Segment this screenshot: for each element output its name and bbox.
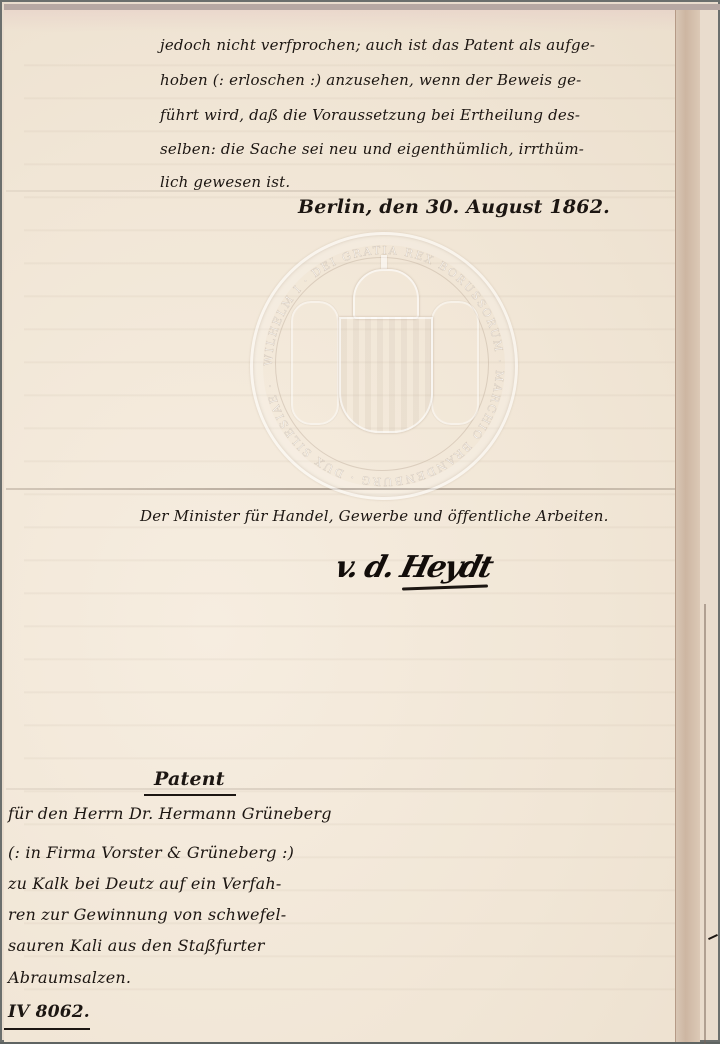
paper-edge-right (675, 4, 700, 1042)
body-text-line: hoben (: erloschen :) anzusehen, wenn de… (160, 71, 581, 89)
seal-shield-icon (339, 317, 433, 433)
body-text-line: selben: die Sache sei neu und eigenthüml… (160, 140, 584, 158)
paper-edge-top (4, 4, 720, 10)
seal-crown-cross (381, 255, 387, 269)
body-text-line: jedoch nicht verfprochen; auch ist das P… (160, 36, 595, 54)
margin-ink-mark (708, 934, 718, 940)
document-scan-frame: jedoch nicht verfprochen; auch ist das P… (0, 0, 720, 1042)
registry-underline (4, 1028, 90, 1030)
seal-supporter-right (431, 301, 479, 425)
heading-underline (144, 794, 236, 796)
patent-text-line: sauren Kali aus den Staßfurter (8, 936, 265, 955)
minister-title: Der Minister für Handel, Gewerbe und öff… (140, 507, 609, 525)
patent-heading: Patent (154, 768, 225, 790)
seal-crown-icon (353, 269, 419, 319)
fold-crease-vertical (704, 604, 706, 1042)
seal-supporter-left (291, 301, 339, 425)
patent-text-line: (: in Firma Vorster & Grüneberg :) (8, 843, 294, 862)
patent-text-line: ren zur Gewinnung von schwefel- (8, 905, 286, 924)
fold-crease (6, 190, 700, 192)
patent-text-line: für den Herrn Dr. Hermann Grüneberg (8, 804, 332, 823)
embossed-seal-icon: WILHELM I · DEI GRATIA REX BORUSSORUM · … (250, 232, 518, 500)
patent-text-line: Abraumsalzen. (8, 968, 131, 987)
minister-signature: v. d. Heydt (332, 550, 496, 585)
body-text-line: führt wird, daß die Voraussetzung bei Er… (160, 106, 580, 124)
fold-crease (6, 788, 700, 790)
registry-number: IV 8062. (8, 1002, 90, 1022)
body-text-line: lich gewesen ist. (160, 173, 290, 191)
patent-text-line: zu Kalk bei Deutz auf ein Verfah- (8, 874, 281, 893)
place-and-date: Berlin, den 30. August 1862. (298, 196, 610, 218)
